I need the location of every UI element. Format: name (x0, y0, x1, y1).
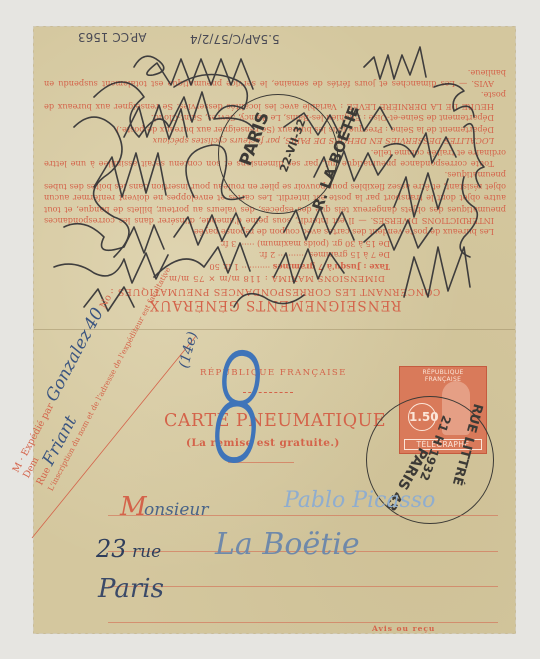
salutation-printed: M (120, 492, 147, 522)
postmark-location: PARIS (236, 109, 274, 168)
salutation: onsieur (144, 500, 208, 520)
postmark-la-boetie: PARIS 22-VII-32 R. LA BOÉTIE (218, 94, 338, 214)
postmark-date: 22-VII-32 (277, 117, 308, 174)
address-rule (108, 622, 498, 623)
street-name: La Boëtie (215, 527, 360, 562)
card-title: CARTE PNEUMATIQUE (164, 411, 386, 431)
city: Paris (98, 574, 164, 604)
address-rule (108, 586, 498, 587)
stamp-country: RÉPUBLIQUE FRANÇAISE (404, 369, 482, 383)
footer-note: Avis ou reçu (372, 624, 435, 633)
recipient-name: Pablo Picasso (284, 488, 435, 513)
street-number: 23 (96, 535, 127, 563)
street-prefix: rue (132, 542, 161, 562)
postmark-office: RUE LITTRÉ (449, 402, 485, 487)
